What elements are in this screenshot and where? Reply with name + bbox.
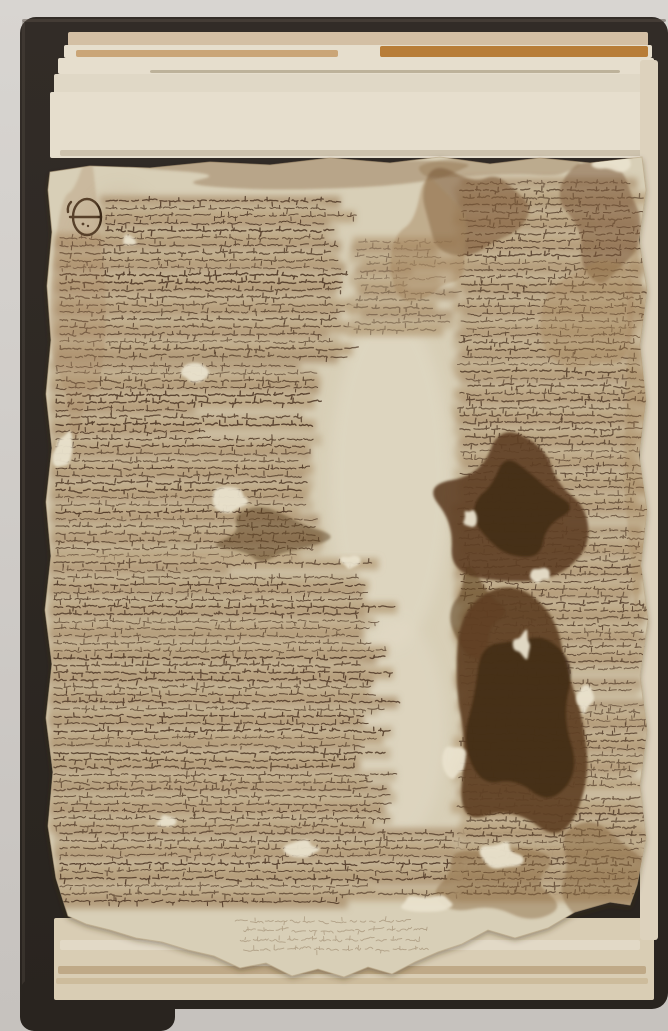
big-stain-lower-core	[466, 637, 575, 797]
photograph-of-bound-charter: Photograph of an opened album binding ho…	[0, 0, 668, 1031]
pale-loss-patch	[463, 510, 477, 527]
binding-left-highlight	[22, 21, 25, 1003]
parchment-sheet	[45, 94, 668, 977]
stacked-page-edge	[68, 32, 648, 46]
stacked-page-edge	[76, 50, 338, 57]
stacked-page-edge	[380, 46, 648, 57]
stacked-page-edge	[50, 92, 656, 158]
pale-loss-patch	[401, 895, 453, 912]
stacked-page-edge-bottom	[56, 978, 648, 984]
stacked-page-edge	[150, 70, 620, 73]
stacked-page-edge	[54, 74, 654, 94]
stacked-page-edge	[60, 150, 650, 156]
manuscript-photo	[0, 0, 668, 1031]
binding-top-highlight	[22, 19, 666, 22]
